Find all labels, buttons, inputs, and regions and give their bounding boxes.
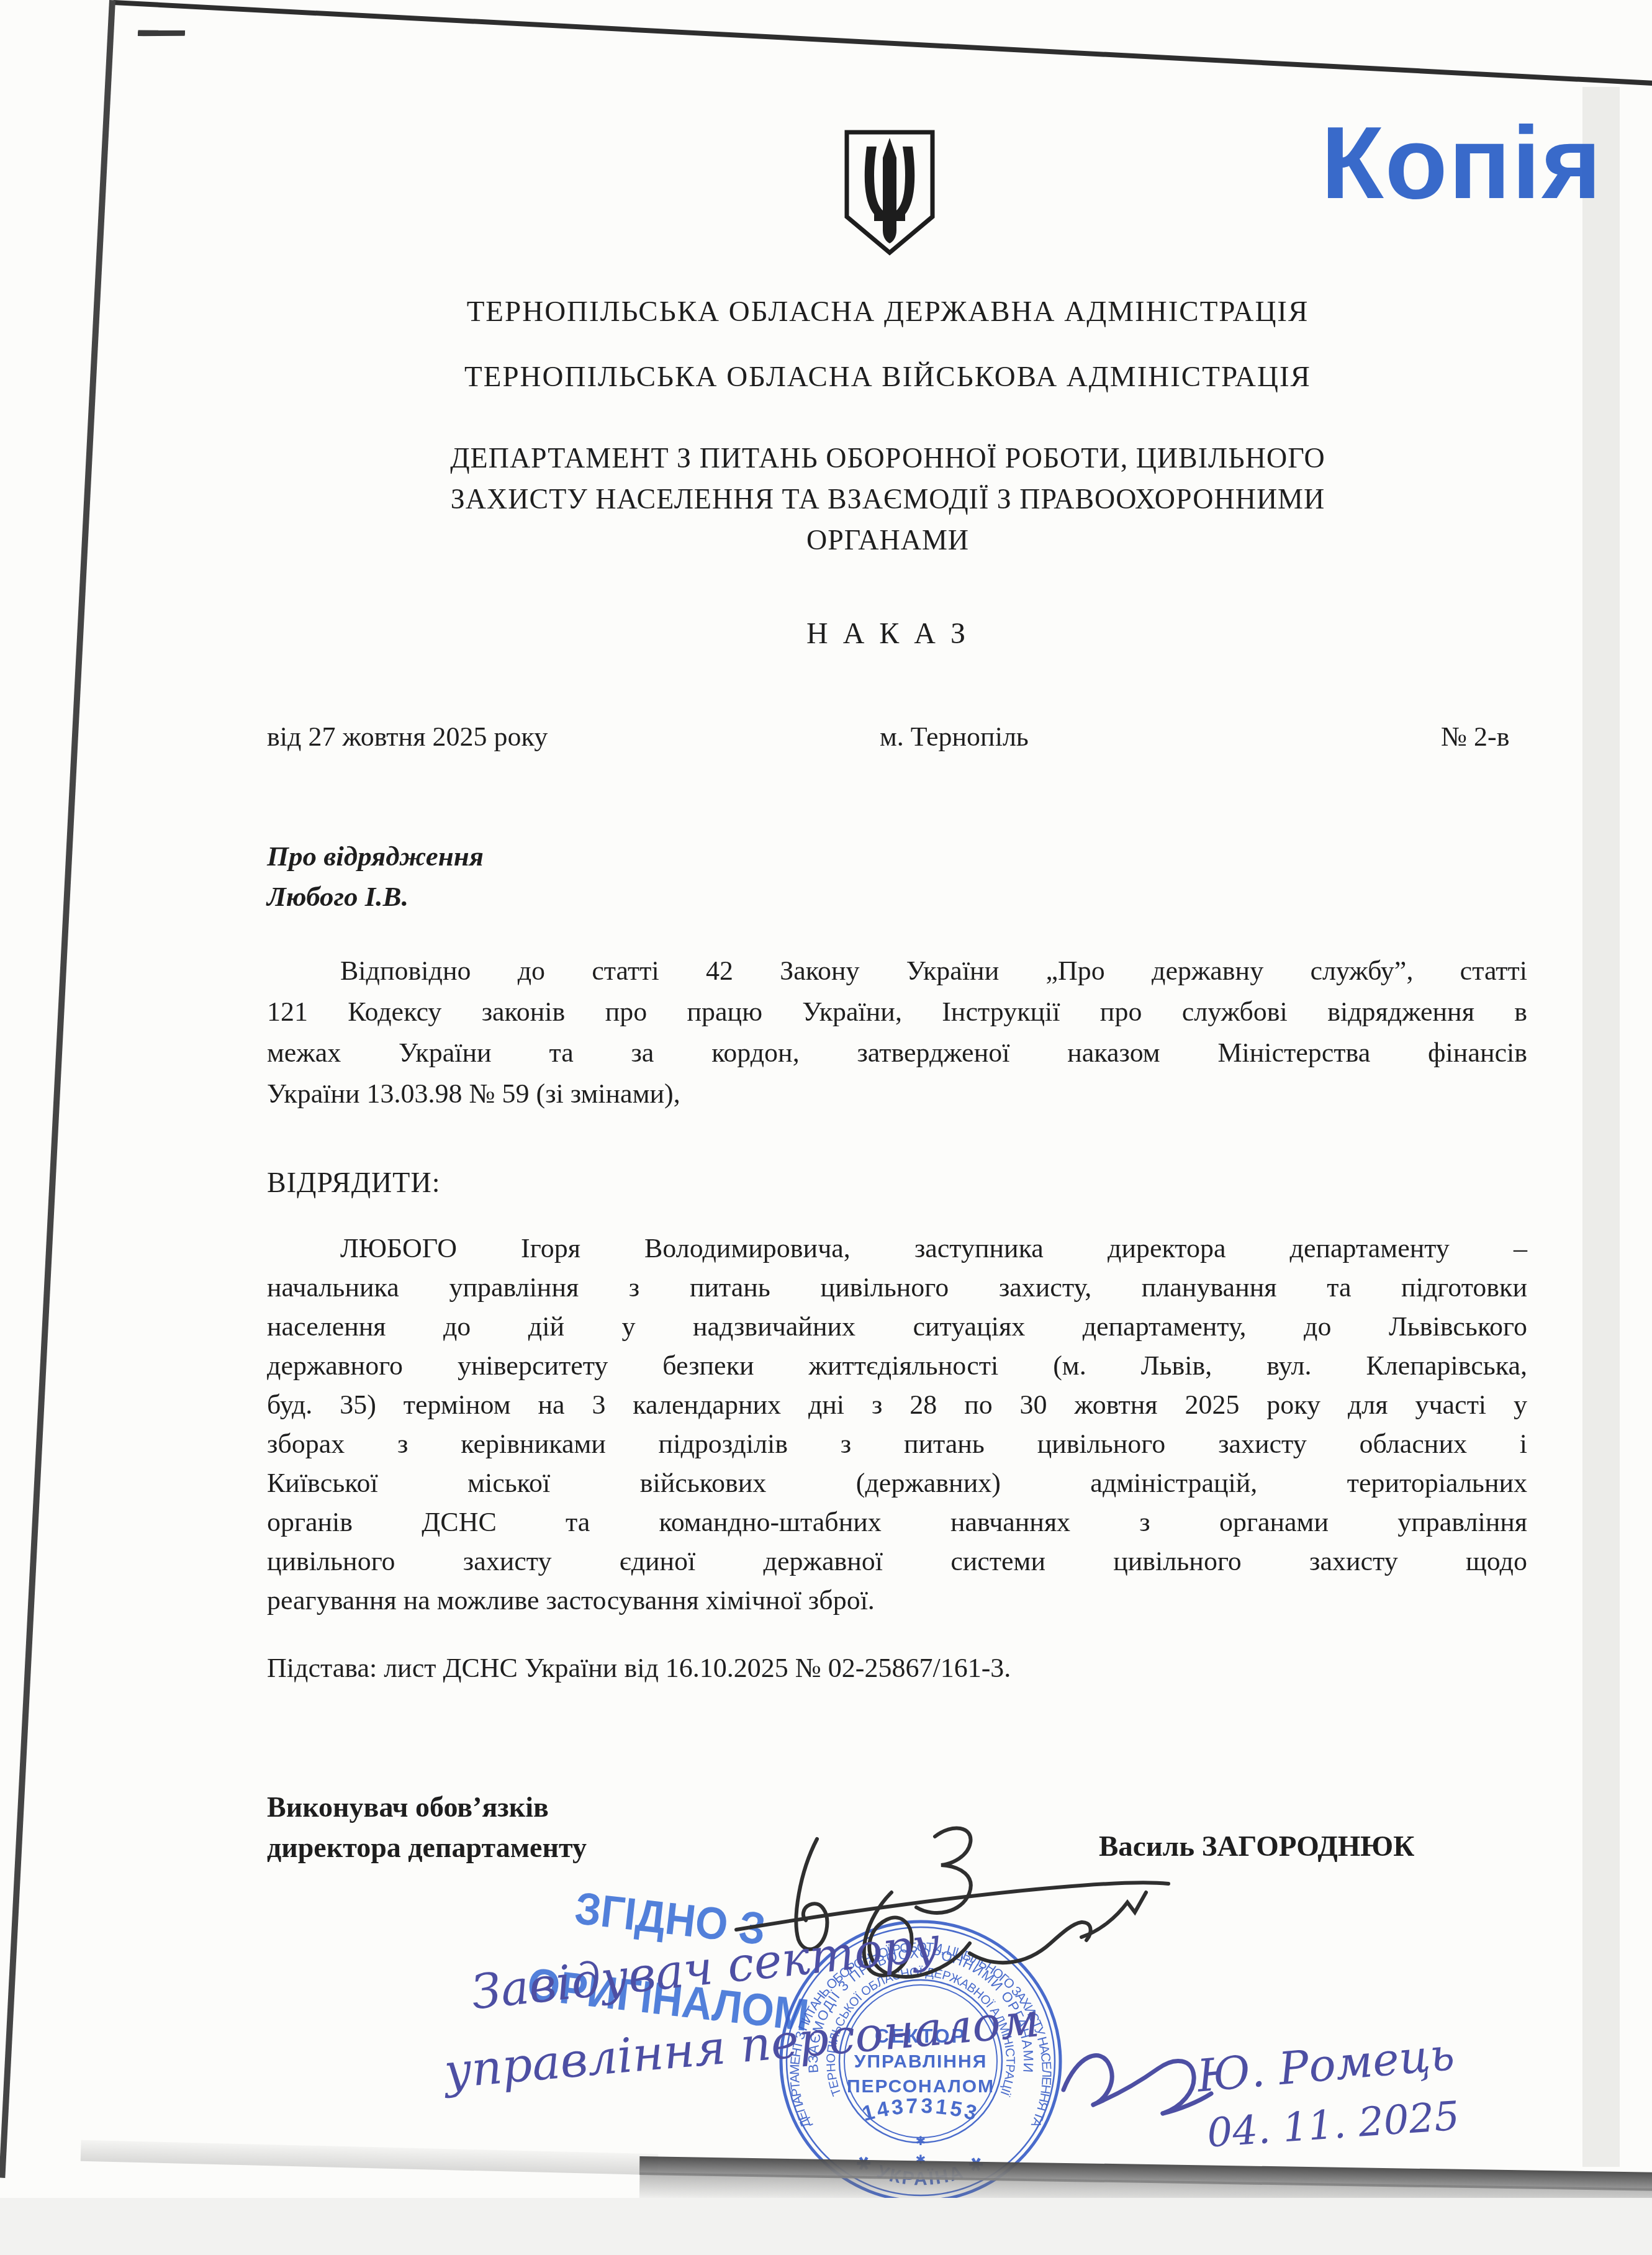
order-place: м. Тернопіль bbox=[880, 717, 1029, 757]
ukraine-trident-icon bbox=[843, 129, 936, 260]
seal-code: 14373153 bbox=[860, 2094, 982, 2126]
scanned-order-document: Копія ТЕРНОПІЛЬСЬКА ОБЛАСНА ДЕРЖАВНА АДМ… bbox=[0, 0, 1652, 2255]
main-paragraph-line-4: буд. 35) терміном на 3 календарних дні з… bbox=[267, 1389, 1527, 1428]
preamble-line-3: України 13.03.98 № 59 (зі змінами), bbox=[267, 1078, 1527, 1119]
basis-line: Підстава: лист ДСНС України від 16.10.20… bbox=[267, 1648, 1011, 1688]
department-line-1: ЗАХИСТУ НАСЕЛЕННЯ ТА ВЗАЄМОДІЇ З ПРАВООХ… bbox=[143, 479, 1633, 520]
main-paragraph: ЛЮБОГО Ігоря Володимировича, заступника … bbox=[267, 1232, 1527, 1624]
preamble-line-2: межах України та за кордон, затвердженої… bbox=[267, 1037, 1527, 1078]
copy-stamp: Копія bbox=[1321, 104, 1602, 222]
subject-line-2: Любого І.В. bbox=[267, 877, 408, 917]
preamble-line-0: Відповідно до статті 42 Закону України „… bbox=[267, 955, 1527, 996]
main-paragraph-line-0: ЛЮБОГО Ігоря Володимировича, заступника … bbox=[267, 1232, 1527, 1272]
scan-left-edge bbox=[0, 0, 115, 2178]
main-paragraph-line-5: зборах з керівниками підрозділів з питан… bbox=[267, 1428, 1527, 1467]
scan-dash-artifact bbox=[138, 27, 186, 39]
order-verb: ВІДРЯДИТИ: bbox=[267, 1162, 440, 1204]
preamble-paragraph: Відповідно до статті 42 Закону України „… bbox=[267, 955, 1527, 1119]
handwritten-date: 04. 11. 2025 bbox=[1206, 2094, 1461, 2157]
order-number: № 2-в bbox=[1441, 717, 1509, 757]
order-date: від 27 жовтня 2025 року bbox=[267, 717, 548, 757]
department-line-2: ОРГАНАМИ bbox=[143, 520, 1633, 561]
department-line-0: ДЕПАРТАМЕНТ З ПИТАНЬ ОБОРОННОЇ РОБОТИ, Ц… bbox=[143, 438, 1633, 479]
header-org1: ТЕРНОПІЛЬСЬКА ОБЛАСНА ДЕРЖАВНА АДМІНІСТР… bbox=[143, 295, 1633, 328]
seal-star-1: ✱ bbox=[916, 2135, 926, 2148]
doc-type-title: Н А К А З bbox=[143, 617, 1633, 651]
header-org2: ТЕРНОПІЛЬСЬКА ОБЛАСНА ВІЙСЬКОВА АДМІНІСТ… bbox=[143, 360, 1633, 394]
scan-top-edge bbox=[114, 0, 1652, 86]
main-paragraph-line-1: начальника управління з питань цивільног… bbox=[267, 1272, 1527, 1311]
scan-bottom-area bbox=[0, 2198, 1652, 2255]
handwritten-name: Ю. Ромець bbox=[1195, 2028, 1456, 2102]
signer-position-line2: директора департаменту bbox=[267, 1827, 587, 1869]
sector-chief-signature bbox=[1052, 2029, 1232, 2144]
main-paragraph-line-8: цивільного захисту єдиної державної сист… bbox=[267, 1545, 1527, 1584]
scan-shadow-soft bbox=[81, 2140, 659, 2176]
signer-position-line1: Виконувач обов’язків bbox=[267, 1787, 549, 1828]
main-paragraph-line-9: реагування на можливе застосування хіміч… bbox=[267, 1584, 1527, 1624]
svg-text:14373153: 14373153 bbox=[860, 2094, 982, 2126]
seal-center-line3: ПЕРСОНАЛОМ bbox=[847, 2076, 995, 2097]
subject-line-1: Про відрядження bbox=[267, 836, 484, 877]
scan-right-shade bbox=[1582, 87, 1620, 2167]
preamble-line-1: 121 Кодексу законів про працю України, І… bbox=[267, 996, 1527, 1037]
main-paragraph-line-6: Київської міської військових (державних)… bbox=[267, 1467, 1527, 1506]
main-paragraph-line-7: органів ДСНС та командно-штабних навчанн… bbox=[267, 1506, 1527, 1545]
main-paragraph-line-2: населення до дій у надзвичайних ситуація… bbox=[267, 1311, 1527, 1350]
main-paragraph-line-3: державного університету безпеки життєдія… bbox=[267, 1350, 1527, 1389]
header-department: ДЕПАРТАМЕНТ З ПИТАНЬ ОБОРОННОЇ РОБОТИ, Ц… bbox=[143, 438, 1633, 561]
director-signature bbox=[702, 1812, 1186, 2032]
